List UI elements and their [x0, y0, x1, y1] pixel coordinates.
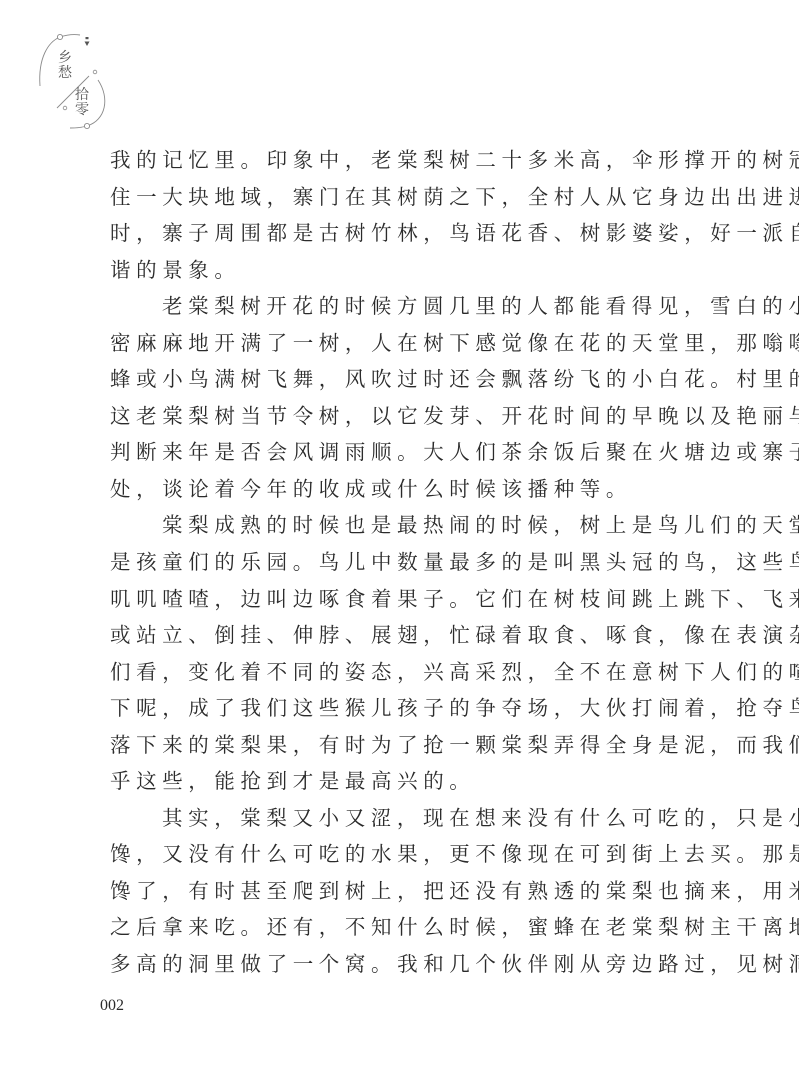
body-text: 我的记忆里。印象中，老棠梨树二十多米高，伞形撑开的树冠能盖 住一大块地域，寨门在… [110, 142, 662, 983]
text-line: 处，谈论着今年的收成或什么时候该播种等。 [110, 471, 662, 508]
text-line: 多高的洞里做了一个窝。我和几个伙伴刚从旁边路过，见树洞口有几 [110, 946, 662, 983]
text-line: 或站立、倒挂、伸脖、展翅，忙碌着取食、啄食，像在表演杂技给我 [110, 617, 662, 654]
paragraph-first-line: 其实，棠梨又小又涩，现在想来没有什么可吃的，只是小孩儿嘴 [110, 800, 662, 837]
text-line: 下呢，成了我们这些猴儿孩子的争夺场，大伙打闹着，抢夺鸟儿们抖 [110, 690, 662, 727]
text-line: 落下来的棠梨果，有时为了抢一颗棠梨弄得全身是泥，而我们全不在 [110, 727, 662, 764]
paragraph-first-line: 老棠梨树开花的时候方圆几里的人都能看得见，雪白的小花密 [110, 288, 662, 325]
section-logo: 乡愁 拾零 [0, 0, 130, 140]
text-line: 之后拿来吃。还有，不知什么时候，蜜蜂在老棠梨树主干离地面一米 [110, 909, 662, 946]
text-line: 乎这些，能抢到才是最高兴的。 [110, 763, 662, 800]
text-line: 我的记忆里。印象中，老棠梨树二十多米高，伞形撑开的树冠能盖 [110, 142, 662, 179]
logo-title-part-1: 乡愁 [58, 51, 74, 81]
text-line: 谐的景象。 [110, 252, 662, 289]
text-line: 是孩童们的乐园。鸟儿中数量最多的是叫黑头冠的鸟，这些鸟在树上 [110, 544, 662, 581]
paragraph-first-line: 棠梨成熟的时候也是最热闹的时候，树上是鸟儿们的天堂，树下 [110, 507, 662, 544]
text-line: 住一大块地域，寨门在其树荫之下，全村人从它身边出出进进。那 [110, 179, 662, 216]
text-line: 时，寨子周围都是古树竹林，鸟语花香、树影婆娑，好一派自然和 [110, 215, 662, 252]
text-line: 这老棠梨树当节令树，以它发芽、开花时间的早晚以及艳丽与否，来 [110, 398, 662, 435]
text-line: 判断来年是否会风调雨顺。大人们茶余饭后聚在火塘边或寨子里的某 [110, 434, 662, 471]
text-line: 馋，又没有什么可吃的水果，更不像现在可到街上去买。那是真的嘴 [110, 836, 662, 873]
text-line: 馋了，有时甚至爬到树上，把还没有熟透的棠梨也摘来，用米糠捂熟 [110, 873, 662, 910]
text-line: 密麻麻地开满了一树，人在树下感觉像在花的天堂里，那嗡嗡的小蜜 [110, 325, 662, 362]
text-line: 们看，变化着不同的姿态，兴高采烈，全不在意树下人们的喧哗。树 [110, 654, 662, 691]
text-line: 叽叽喳喳，边叫边啄食着果子。它们在树枝间跳上跳下、飞来飞去， [110, 581, 662, 618]
text-line: 蜂或小鸟满树飞舞，风吹过时还会飘落纷飞的小白花。村里的老人把 [110, 361, 662, 398]
logo-title-part-2: 拾零 [75, 88, 91, 118]
page-number: 002 [100, 997, 124, 1015]
